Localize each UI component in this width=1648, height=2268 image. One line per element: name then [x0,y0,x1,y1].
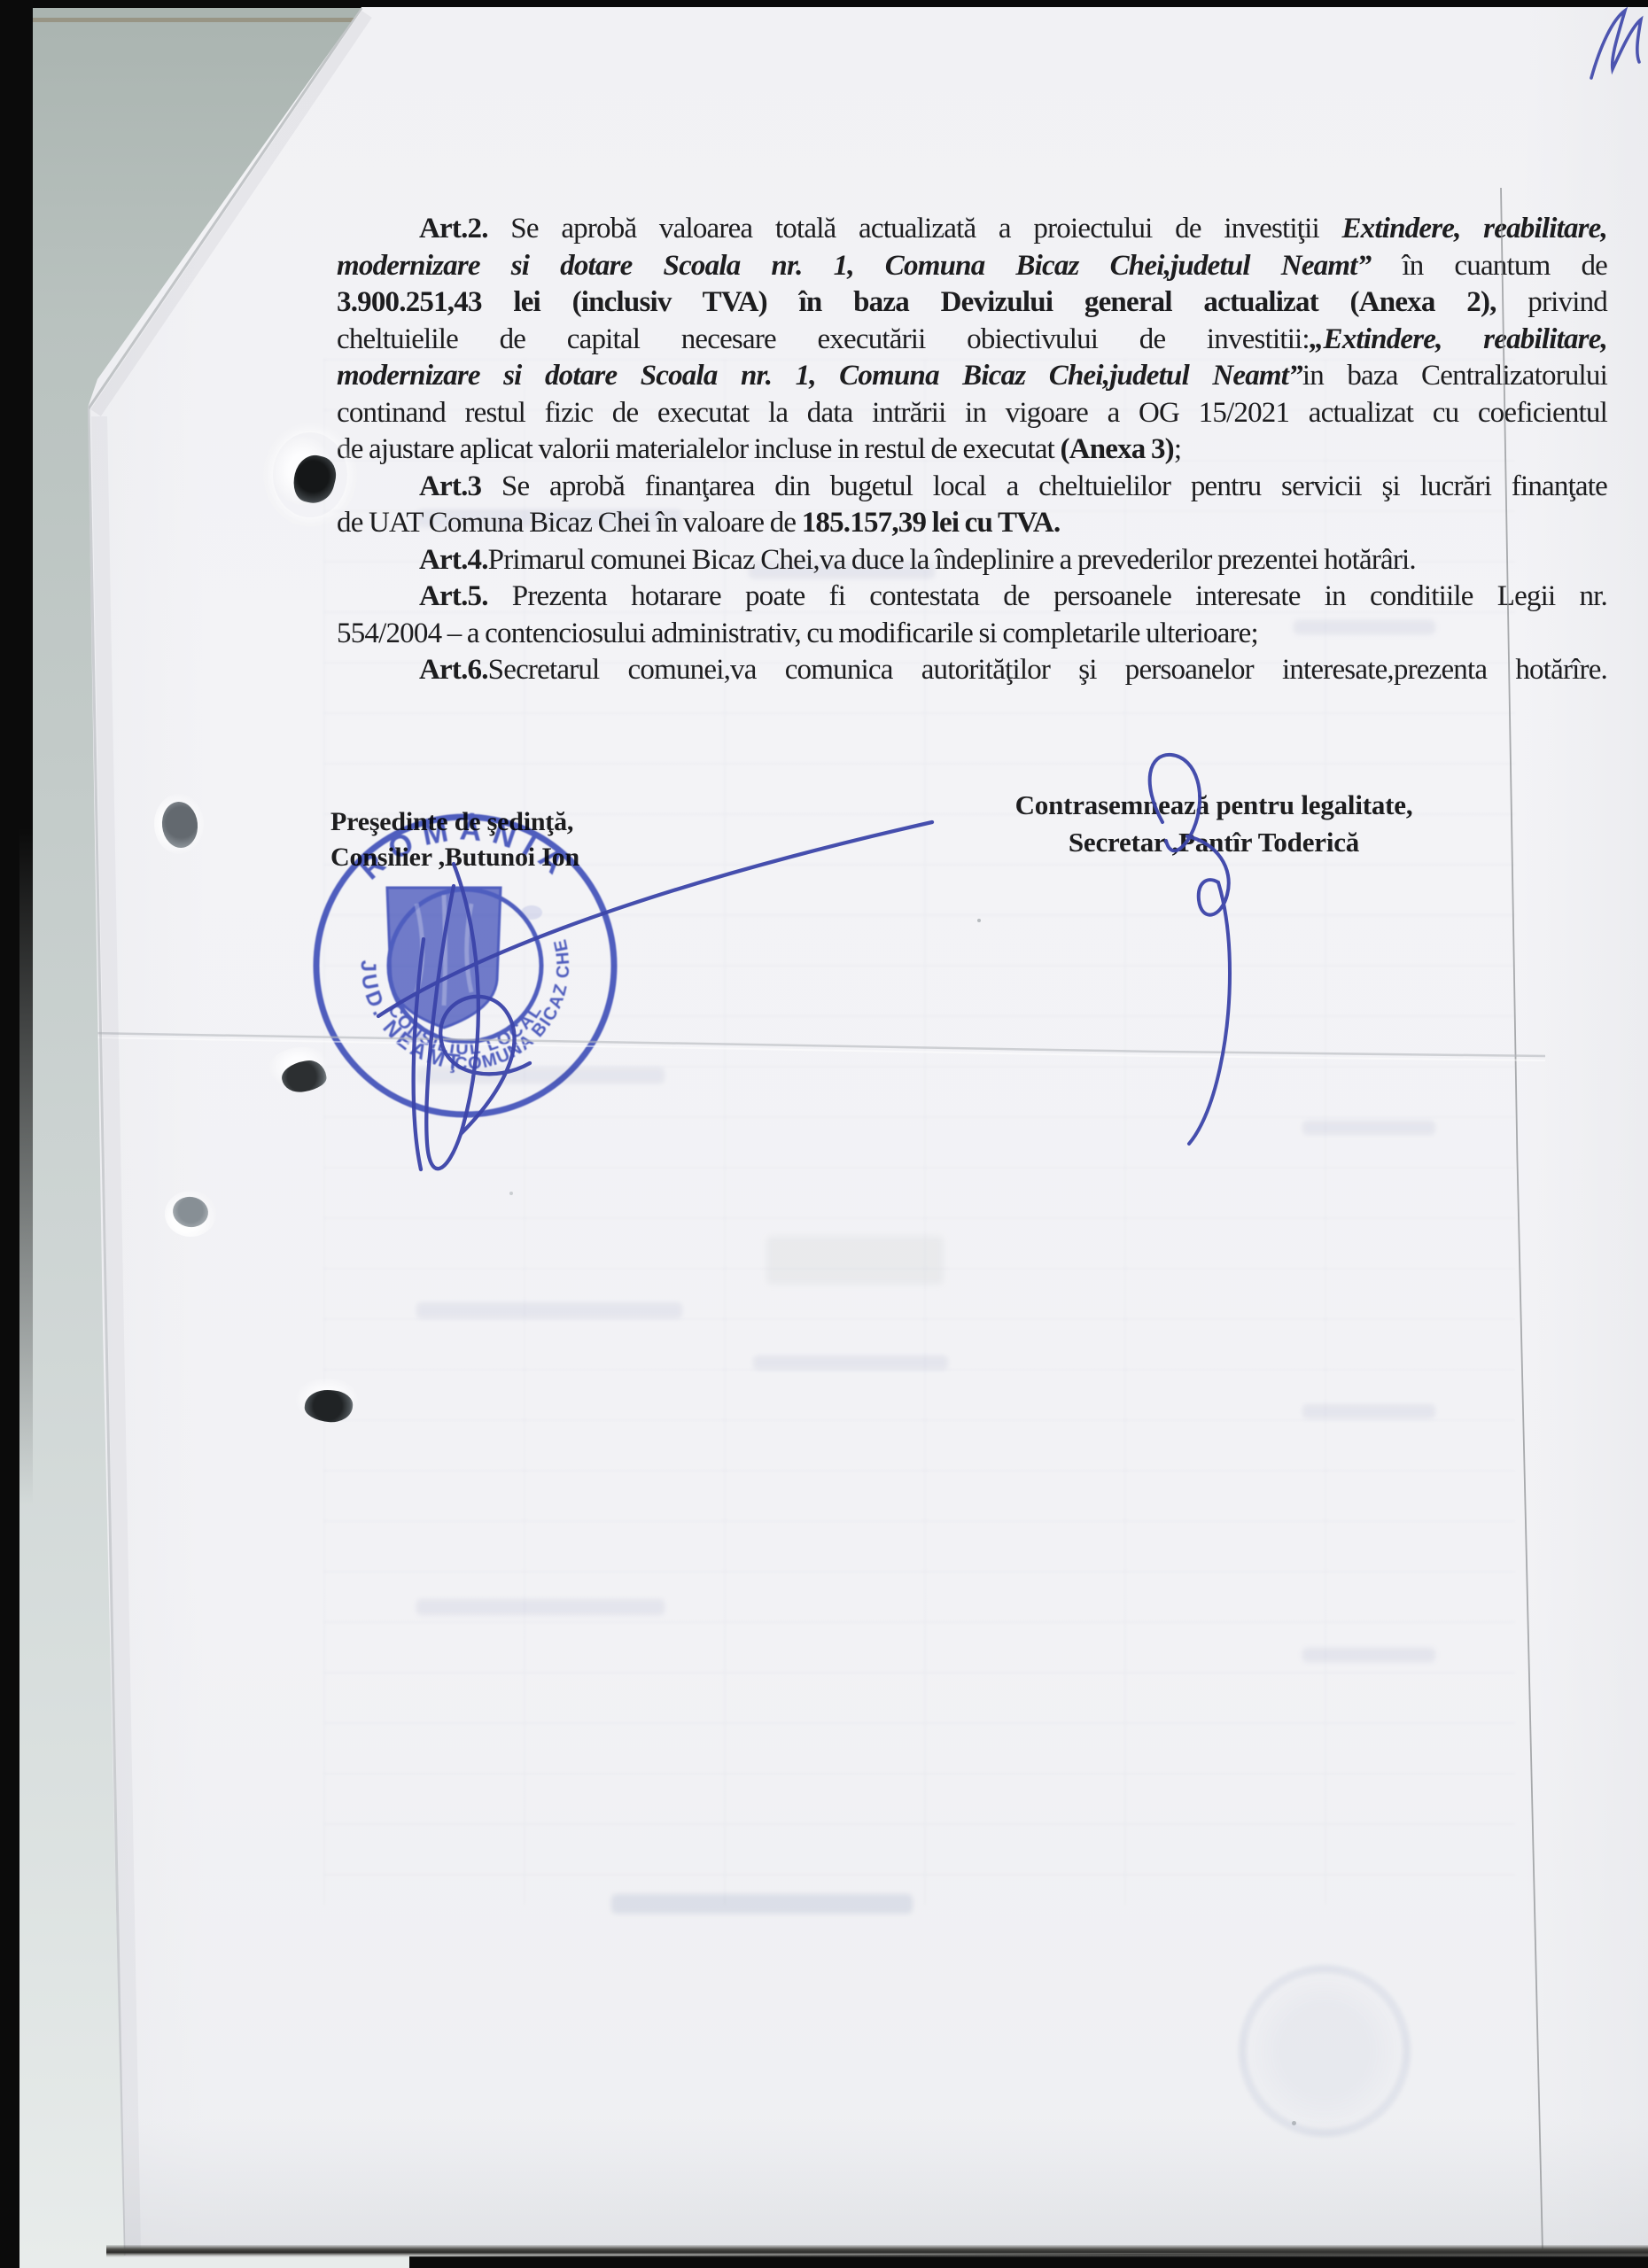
bleedthrough-smudge [1302,1404,1435,1418]
text-segment: Se aprobă valoarea totală actualizată a … [488,213,1342,245]
text-segment: ; [1174,433,1181,465]
text-segment: modernizare si dotare Scoala nr. 1, Comu… [337,250,1371,282]
text-line: 554/2004 – a contenciosului administrati… [337,616,1607,653]
page-bottom-edge [106,2245,1648,2257]
text-segment: Secretarul comunei,va comunica autorităţ… [488,654,1607,686]
punch-hole-torn-3 [266,1047,338,1102]
text-segment: în cuantum de [1371,250,1607,282]
text-line: continand restul fizic de executat la da… [337,395,1607,432]
text-segment: 185.157,39 lei cu TVA. [802,507,1061,539]
dust-speck [977,919,981,922]
stamp-ink-smudge [400,1030,424,1043]
text-line: de ajustare aplicat valorii materialelor… [337,431,1607,469]
bleedthrough-smudge [416,1302,682,1318]
paper-page: Art.2. Se aprobă valoarea totală actuali… [0,0,1648,2268]
stamp-ink-smudge [521,905,542,920]
text-line: Art.6.Secretarul comunei,va comunica aut… [337,652,1607,689]
bleedthrough-smudge [611,1894,913,1914]
council-round-stamp: * ROMÂNIA * JUD. NEAMŢ COMUNA BICAZ CHEI… [306,806,625,1125]
text-segment: 554/2004 – a contenciosului administrati… [337,617,1258,649]
text-segment: Prezenta hotarare poate fi contestata de… [488,580,1607,612]
text-line: modernizare si dotare Scoala nr. 1, Comu… [337,248,1607,285]
scanner-bed-line [27,18,408,22]
text-segment: privind [1496,286,1607,318]
dust-speck [1292,2121,1296,2125]
bleedthrough-smudge [1302,1648,1435,1662]
scanner-left-edge [0,0,33,1506]
text-segment: Art.4. [419,544,488,576]
text-segment: Art.6. [419,654,488,686]
bleedthrough-smudge [416,1599,665,1615]
text-line: Art.2. Se aprobă valoarea totală actuali… [337,211,1607,248]
bleedthrough-smudge [766,1236,944,1285]
text-segment: cheltuielile de capital necesare execută… [337,323,1310,355]
text-segment: Extindere, reabilitare, [1341,213,1607,245]
text-segment: de UAT Comuna Bicaz Chei în valoare de [337,507,802,539]
text-segment: continand restul fizic de executat la da… [337,397,1607,429]
bleedthrough-smudge [753,1355,948,1370]
page-shading [115,2117,1648,2250]
scanner-top-edge [0,0,1648,8]
dust-speck [509,1192,513,1195]
bleedthrough-smudge [1302,1121,1435,1135]
secretary-name: Secretar ,Pantîr Toderică [939,824,1489,861]
text-line: de UAT Comuna Bicaz Chei în valoare de 1… [337,505,1607,542]
bleedthrough-stamp-ring [1239,1965,1411,2137]
punch-hole-torn-1 [273,432,347,517]
secretary-signature-block: Contrasemnează pentru legalitate, Secret… [939,787,1489,861]
text-segment: Art.5. [419,580,488,612]
text-segment: modernizare si dotare Scoala nr. 1, Comu… [337,360,1302,392]
text-segment: (Anexa 3) [1060,433,1173,465]
punch-hole-2 [154,794,204,854]
secretary-title: Contrasemnează pentru legalitate, [939,787,1489,824]
text-line: 3.900.251,43 lei (inclusiv TVA) în baza … [337,284,1607,322]
scanned-document-page: Art.2. Se aprobă valoarea totală actuali… [0,0,1648,2268]
text-line: Art.4.Primarul comunei Bicaz Chei,va duc… [337,542,1607,579]
text-segment: „Extindere, reabilitare, [1310,323,1607,355]
document-body: Art.2. Se aprobă valoarea totală actuali… [337,211,1607,689]
text-segment: Primarul comunei Bicaz Chei,va duce la î… [488,544,1416,576]
text-segment: Art.3 [419,470,481,502]
text-segment: in baza Centralizatorului [1302,360,1607,392]
stamp-country-text: * ROMÂNIA * [306,806,591,900]
text-line: modernizare si dotare Scoala nr. 1, Comu… [337,358,1607,395]
text-line: cheltuielile de capital necesare execută… [337,322,1607,359]
punch-hole-4 [165,1191,216,1237]
text-line: Art.3 Se aprobă finanţarea din bugetul l… [337,469,1607,506]
text-segment: 3.900.251,43 lei (inclusiv TVA) în baza … [337,286,1496,318]
text-line: Art.5. Prezenta hotarare poate fi contes… [337,579,1607,616]
corner-pen-mark [1591,11,1641,78]
text-segment: Art.2. [419,213,488,245]
punch-hole-torn-5 [290,1379,364,1432]
text-segment: Se aprobă finanţarea din bugetul local a… [481,470,1607,502]
text-segment: de ajustare aplicat valorii materialelor… [337,433,1060,465]
